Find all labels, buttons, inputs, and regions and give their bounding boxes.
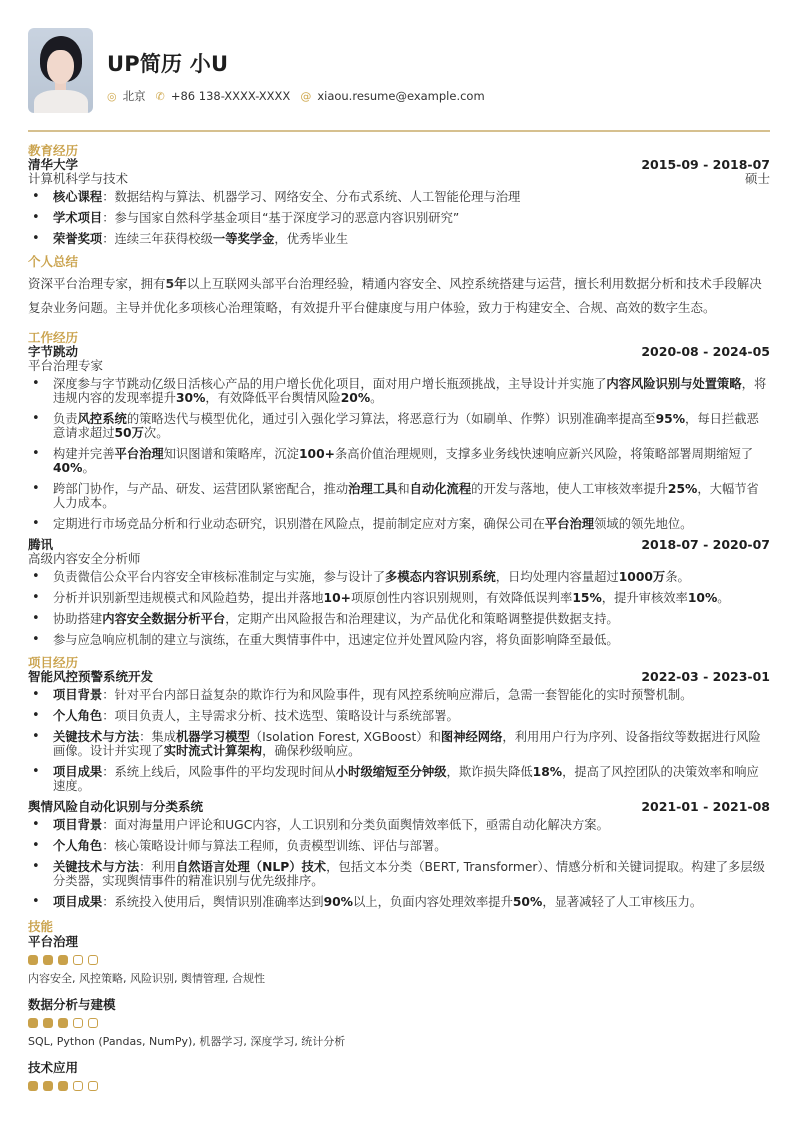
rating-dot-icon (73, 955, 83, 965)
profile-photo (28, 28, 93, 113)
rating-dot-icon (58, 1081, 68, 1091)
degree: 硕士 (745, 172, 770, 186)
job-date: 2020-08 - 2024-05 (641, 345, 770, 359)
contact-phone: ✆ +86 138-XXXX-XXXX (156, 89, 291, 103)
education-bullets: 核心课程：数据结构与算法、机器学习、网络安全、分布式系统、人工智能伦理与治理 学… (28, 190, 770, 246)
project-date: 2021-01 - 2021-08 (641, 800, 770, 814)
list-item: 跨部门协作，与产品、研发、运营团队紧密配合，推动治理工具和自动化流程的开发与落地… (28, 482, 770, 510)
job-list: 字节跳动 2020-08 - 2024-05 平台治理专家 深度参与字节跳动亿级… (28, 345, 770, 647)
school-name: 清华大学 (28, 158, 78, 172)
header-divider (28, 130, 770, 132)
rating-dot-icon (58, 955, 68, 965)
list-item: 项目背景：针对平台内部日益复杂的欺诈行为和风险事件，现有风控系统响应滞后，急需一… (28, 688, 770, 702)
rating-dot-icon (28, 1081, 38, 1091)
location-text: 北京 (123, 88, 146, 104)
map-pin-icon: ◎ (107, 90, 117, 103)
job-role: 平台治理专家 (28, 359, 770, 373)
job-date: 2018-07 - 2020-07 (641, 538, 770, 552)
list-item: 核心课程：数据结构与算法、机器学习、网络安全、分布式系统、人工智能伦理与治理 (28, 190, 770, 204)
list-item: 项目成果：系统上线后，风险事件的平均发现时间从小时级缩短至分钟级，欺诈损失降低1… (28, 765, 770, 793)
education-date: 2015-09 - 2018-07 (641, 158, 770, 172)
list-item: 定期进行市场竞品分析和行业动态研究，识别潜在风险点，提前制定应对方案，确保公司在… (28, 517, 770, 531)
rating-dot-icon (43, 955, 53, 965)
list-item: 深度参与字节跳动亿级日活核心产品的用户增长优化项目，面对用户增长瓶颈挑战，主导设… (28, 377, 770, 405)
section-title: 项目经历 (28, 655, 770, 670)
section-title: 教育经历 (28, 143, 770, 158)
job-role: 高级内容安全分析师 (28, 552, 770, 566)
contact-email[interactable]: @ xiaou.resume@example.com (300, 89, 484, 103)
skill-rating (28, 1018, 770, 1028)
skill-tags: 内容安全, 风控策略, 风险识别, 舆情管理, 合规性 (28, 972, 770, 986)
rating-dot-icon (58, 1018, 68, 1028)
skill-entry: 技术应用 (28, 1060, 770, 1091)
project-entry: 舆情风险自动化识别与分类系统 2021-01 - 2021-08 项目背景：面对… (28, 800, 770, 909)
at-icon: @ (300, 90, 311, 103)
phone-icon: ✆ (156, 90, 165, 103)
skills-section: 技能 平台治理 内容安全, 风控策略, 风险识别, 舆情管理, 合规性 数据分析… (28, 919, 770, 1091)
list-item: 关键技术与方法：利用自然语言处理（NLP）技术，包括文本分类（BERT, Tra… (28, 860, 770, 888)
rating-dot-icon (88, 1081, 98, 1091)
list-item: 关键技术与方法：集成机器学习模型（Isolation Forest, XGBoo… (28, 730, 770, 758)
rating-dot-icon (88, 1018, 98, 1028)
job-bullets: 负责微信公众平台内容安全审核标准制定与实施，参与设计了多模态内容识别系统，日均处… (28, 570, 770, 647)
list-item: 协助搭建内容安全数据分析平台，定期产出风险报告和治理建议，为产品优化和策略调整提… (28, 612, 770, 626)
phone-text: +86 138-XXXX-XXXX (171, 89, 290, 103)
list-item: 项目成果：系统投入使用后，舆情识别准确率达到90%以上，负面内容处理效率提升50… (28, 895, 770, 909)
rating-dot-icon (73, 1018, 83, 1028)
summary-text: 资深平台治理专家，拥有5年以上互联网头部平台治理经验，精通内容安全、风控系统搭建… (28, 272, 770, 320)
list-item: 学术项目：参与国家自然科学基金项目“基于深度学习的恶意内容识别研究” (28, 211, 770, 225)
skill-entry: 数据分析与建模 SQL, Python (Pandas, NumPy), 机器学… (28, 997, 770, 1049)
list-item: 个人角色：核心策略设计师与算法工程师，负责模型训练、评估与部署。 (28, 839, 770, 853)
section-title: 个人总结 (28, 254, 770, 269)
resume-header: UP简历 小U ◎ 北京 ✆ +86 138-XXXX-XXXX @ xiaou… (28, 28, 495, 113)
rating-dot-icon (28, 955, 38, 965)
section-title: 工作经历 (28, 330, 770, 345)
list-item: 负责风控系统的策略迭代与模型优化，通过引入强化学习算法，将恶意行为（如刷单、作弊… (28, 412, 770, 440)
project-name: 舆情风险自动化识别与分类系统 (28, 800, 203, 814)
contact-location: ◎ 北京 (107, 88, 146, 104)
list-item: 参与应急响应机制的建立与演练，在重大舆情事件中，迅速定位并处置风险内容，将负面影… (28, 633, 770, 647)
project-entry: 智能风控预警系统开发 2022-03 - 2023-01 项目背景：针对平台内部… (28, 670, 770, 793)
skill-entry: 平台治理 内容安全, 风控策略, 风险识别, 舆情管理, 合规性 (28, 934, 770, 986)
summary-section: 个人总结 资深平台治理专家，拥有5年以上互联网头部平台治理经验，精通内容安全、风… (28, 254, 770, 320)
list-item: 负责微信公众平台内容安全审核标准制定与实施，参与设计了多模态内容识别系统，日均处… (28, 570, 770, 584)
job-entry: 字节跳动 2020-08 - 2024-05 平台治理专家 深度参与字节跳动亿级… (28, 345, 770, 531)
section-title: 技能 (28, 919, 770, 934)
resume-body: 教育经历 清华大学 2015-09 - 2018-07 计算机科学与技术 硕士 … (28, 143, 770, 1103)
rating-dot-icon (28, 1018, 38, 1028)
project-bullets: 项目背景：面对海量用户评论和UGC内容，人工识别和分类负面舆情效率低下，亟需自动… (28, 818, 770, 909)
skill-name: 平台治理 (28, 934, 770, 949)
rating-dot-icon (88, 955, 98, 965)
rating-dot-icon (43, 1081, 53, 1091)
email-text[interactable]: xiaou.resume@example.com (317, 89, 484, 103)
company-name: 腾讯 (28, 538, 53, 552)
skill-name: 技术应用 (28, 1060, 770, 1075)
job-entry: 腾讯 2018-07 - 2020-07 高级内容安全分析师 负责微信公众平台内… (28, 538, 770, 647)
list-item: 荣誉奖项：连续三年获得校级一等奖学金，优秀毕业生 (28, 232, 770, 246)
header-info: UP简历 小U ◎ 北京 ✆ +86 138-XXXX-XXXX @ xiaou… (107, 48, 495, 104)
skill-rating (28, 1081, 770, 1091)
skill-rating (28, 955, 770, 965)
job-bullets: 深度参与字节跳动亿级日活核心产品的用户增长优化项目，面对用户增长瓶颈挑战，主导设… (28, 377, 770, 531)
major: 计算机科学与技术 (28, 172, 128, 186)
contact-list: ◎ 北京 ✆ +86 138-XXXX-XXXX @ xiaou.resume@… (107, 88, 495, 104)
work-section: 工作经历 字节跳动 2020-08 - 2024-05 平台治理专家 深度参与字… (28, 330, 770, 647)
list-item: 项目背景：面对海量用户评论和UGC内容，人工识别和分类负面舆情效率低下，亟需自动… (28, 818, 770, 832)
project-name: 智能风控预警系统开发 (28, 670, 153, 684)
education-section: 教育经历 清华大学 2015-09 - 2018-07 计算机科学与技术 硕士 … (28, 143, 770, 246)
list-item: 构建并完善平台治理知识图谱和策略库，沉淀100+条高价值治理规则，支撑多业务线快… (28, 447, 770, 475)
skill-tags: SQL, Python (Pandas, NumPy), 机器学习, 深度学习,… (28, 1035, 770, 1049)
skill-list: 平台治理 内容安全, 风控策略, 风险识别, 舆情管理, 合规性 数据分析与建模… (28, 934, 770, 1091)
rating-dot-icon (73, 1081, 83, 1091)
list-item: 分析并识别新型违规模式和风险趋势，提出并落地10+项原创性内容识别规则，有效降低… (28, 591, 770, 605)
project-list: 智能风控预警系统开发 2022-03 - 2023-01 项目背景：针对平台内部… (28, 670, 770, 909)
candidate-name: UP简历 小U (107, 48, 495, 78)
projects-section: 项目经历 智能风控预警系统开发 2022-03 - 2023-01 项目背景：针… (28, 655, 770, 909)
skill-name: 数据分析与建模 (28, 997, 770, 1012)
project-bullets: 项目背景：针对平台内部日益复杂的欺诈行为和风险事件，现有风控系统响应滞后，急需一… (28, 688, 770, 793)
rating-dot-icon (43, 1018, 53, 1028)
list-item: 个人角色：项目负责人，主导需求分析、技术选型、策略设计与系统部署。 (28, 709, 770, 723)
project-date: 2022-03 - 2023-01 (641, 670, 770, 684)
company-name: 字节跳动 (28, 345, 78, 359)
